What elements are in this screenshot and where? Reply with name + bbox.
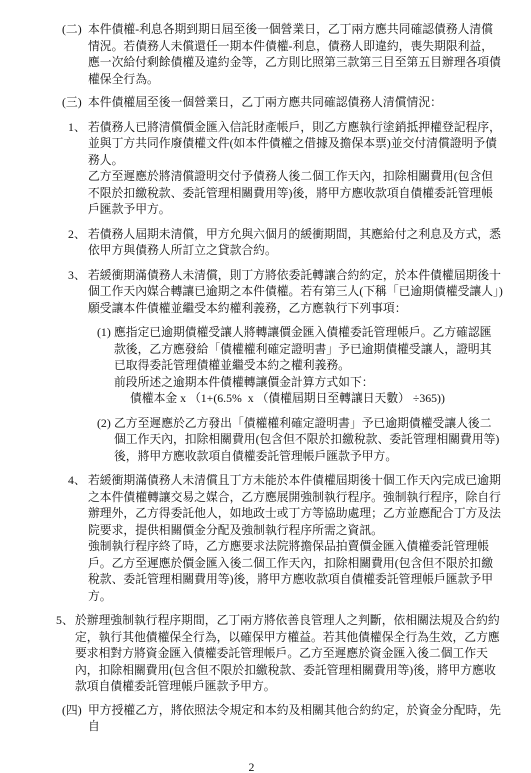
item-1: 1、若債務人已將清償價金匯入信託財產帳戶，則乙方應執行塗銷抵押權登記程序，並與丁… [0,119,503,218]
subitem-2: (2)乙方至遲應於乙方發出「債權權利確定證明書」予已逾期債權受讓人後二個工作天內… [0,415,503,465]
item-paragraph: 前段所述之逾期本件債權轉讓價金計算方式如下： [114,374,503,391]
subitem-marker: (2) [97,415,114,432]
item-number: 3、 [68,267,88,284]
clause-2: (二)本件債權-利息各期到期日屆至後一個營業日，乙丁兩方應共同確認債務人清償情況… [0,21,503,87]
item-paragraph: 3、若緩衝期滿債務人未清償，則丁方將依委託轉讓合約約定，於本件債權屆期後十個工作… [88,267,503,317]
item-number: 2、 [68,226,88,243]
item-paragraph: (1)應指定已逾期債權受讓人將轉讓價金匯入債權委託管理帳戶。乙方確認匯款後，乙方… [114,324,503,374]
item-2: 2、若債務人屆期未清償，甲方允與六個月的緩衝期間，其應給付之利息及方式，悉依甲方… [0,226,503,259]
item-number: 5、 [56,612,75,629]
clause-label: (二) [62,21,88,38]
item-number: 4、 [68,472,88,489]
item-paragraph: 乙方至遲應於將清償證明交付予債務人後二個工作天內，扣除相關費用(包含但不限於扣繳… [88,168,503,218]
formula-line: 債權本金 x （1+(6.5% x （債權屆期日至轉讓日天數） ÷365)) [0,390,503,407]
clause-label: (三) [62,94,88,111]
item-paragraph: 1、若債務人已將清償價金匯入信託財產帳戶，則乙方應執行塗銷抵押權登記程序，並與丁… [88,119,503,169]
clause-text: 本件債權-利息各期到期日屆至後一個營業日，乙丁兩方應共同確認債務人清償情況。若債… [88,22,501,86]
item-number: 1、 [68,119,88,136]
clause-label: (四) [62,702,88,719]
item-3: 3、若緩衝期滿債務人未清償，則丁方將依委託轉讓合約約定，於本件債權屆期後十個工作… [0,267,503,317]
subitem-1: (1)應指定已逾期債權受讓人將轉讓價金匯入債權委託管理帳戶。乙方確認匯款後，乙方… [0,324,503,390]
item-paragraph: 5、於辦理強制執行程序期間，乙丁兩方將依善良管理人之判斷，依相關法規及合約約定，… [75,612,503,695]
item-paragraph: (2)乙方至遲應於乙方發出「債權權利確定證明書」予已逾期債權受讓人後二個工作天內… [114,415,503,465]
item-4: 4、若緩衝期滿債務人未清償且丁方未能於本件債權屆期後十個工作天內完成已逾期之本件… [0,472,503,604]
clause-3: (三)本件債權屆至後一個營業日，乙丁兩方應共同確認債務人清償情況： [0,94,503,111]
item-paragraph: 2、若債務人屆期未清償，甲方允與六個月的緩衝期間，其應給付之利息及方式，悉依甲方… [88,226,503,259]
page-number: 2 [0,759,503,773]
item-paragraph: 4、若緩衝期滿債務人未清償且丁方未能於本件債權屆期後十個工作天內完成已逾期之本件… [88,472,503,538]
subitem-marker: (1) [97,324,114,341]
document-page: (二)本件債權-利息各期到期日屆至後一個營業日，乙丁兩方應共同確認債務人清償情況… [0,0,531,773]
item-paragraph: 強制執行程序終了時，乙方應要求法院將擔保品拍賣價金匯入債權委託管理帳戶。乙方至遲… [88,538,503,604]
clause-4: (四)甲方授權乙方，將依照法令規定和本約及相關其他合約約定，於資金分配時，先自 [0,702,503,735]
item-5: 5、於辦理強制執行程序期間，乙丁兩方將依善良管理人之判斷，依相關法規及合約約定，… [0,612,503,695]
clause-text: 甲方授權乙方，將依照法令規定和本約及相關其他合約約定，於資金分配時，先自 [88,703,501,734]
clause-text: 本件債權屆至後一個營業日，乙丁兩方應共同確認債務人清償情況： [88,95,442,109]
